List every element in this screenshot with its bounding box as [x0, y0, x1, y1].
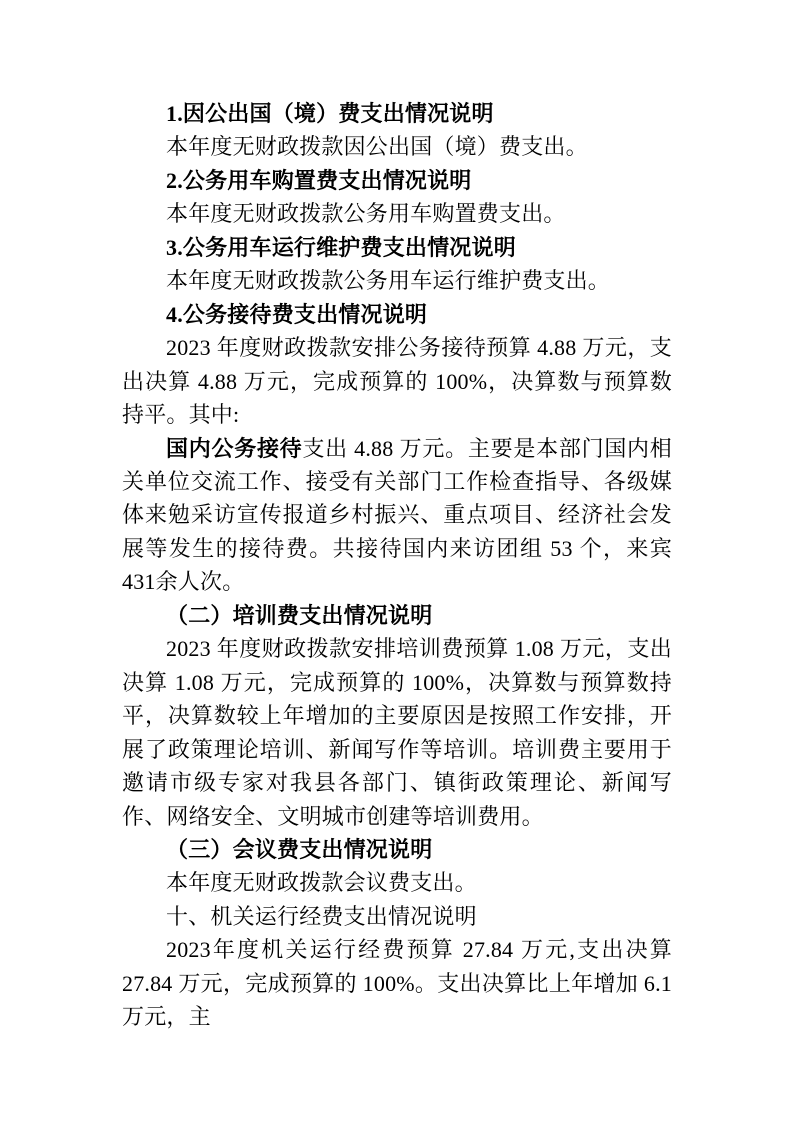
heading-vehicle-purchase-fee: 2.公务用车购置费支出情况说明: [122, 164, 672, 197]
paragraph-vehicle-operation-fee: 本年度无财政拨款公务用车运行维护费支出。: [122, 264, 672, 297]
paragraph-agency-operating-expense: 2023年度机关运行经费预算 27.84 万元,支出决算 27.84 万元，完成…: [122, 933, 672, 1033]
heading-overseas-trips-fee: 1.因公出国（境）费支出情况说明: [122, 97, 672, 130]
heading-agency-operating-expense: 十、机关运行经费支出情况说明: [122, 900, 672, 933]
paragraph-vehicle-purchase-fee: 本年度无财政拨款公务用车购置费支出。: [122, 197, 672, 230]
heading-vehicle-operation-fee: 3.公务用车运行维护费支出情况说明: [122, 231, 672, 264]
paragraph-official-reception-fee: 2023 年度财政拨款安排公务接待预算 4.88 万元，支出决算 4.88 万元…: [122, 331, 672, 431]
document-body: 1.因公出国（境）费支出情况说明 本年度无财政拨款因公出国（境）费支出。 2.公…: [122, 97, 672, 1034]
paragraph-training-fee: 2023 年度财政拨款安排培训费预算 1.08 万元，支出决算 1.08 万元，…: [122, 632, 672, 833]
heading-training-fee: （二）培训费支出情况说明: [122, 599, 672, 632]
heading-meeting-fee: （三）会议费支出情况说明: [122, 833, 672, 866]
paragraph-domestic-reception-detail: 国内公务接待支出 4.88 万元。主要是本部门国内相关单位交流工作、接受有关部门…: [122, 432, 672, 599]
domestic-reception-lead: 国内公务接待: [166, 436, 302, 461]
document-page: 1.因公出国（境）费支出情况说明 本年度无财政拨款因公出国（境）费支出。 2.公…: [0, 0, 793, 1122]
paragraph-overseas-trips-fee: 本年度无财政拨款因公出国（境）费支出。: [122, 130, 672, 163]
paragraph-meeting-fee: 本年度无财政拨款会议费支出。: [122, 866, 672, 899]
heading-official-reception-fee: 4.公务接待费支出情况说明: [122, 298, 672, 331]
